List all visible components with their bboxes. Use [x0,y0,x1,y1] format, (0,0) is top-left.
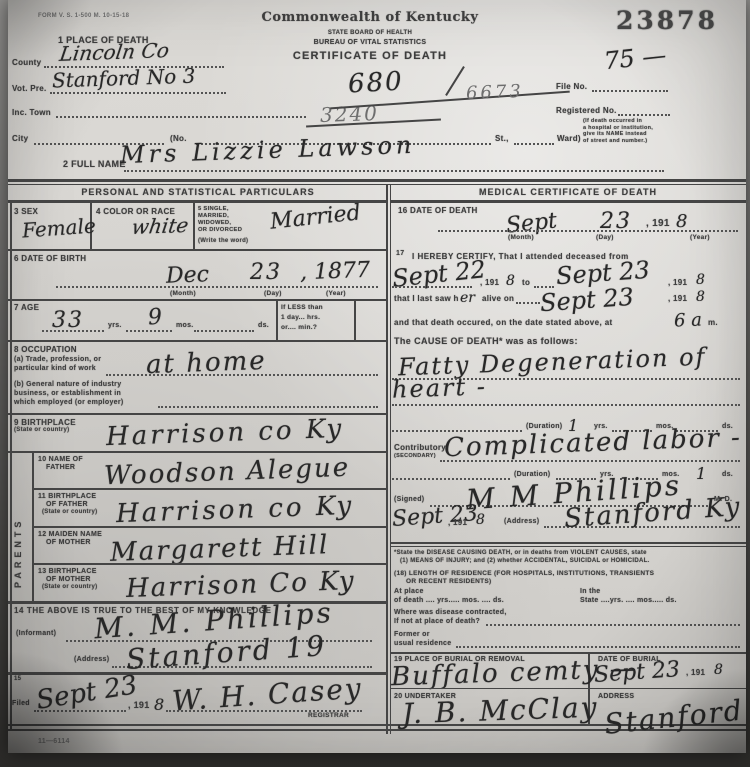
occupation-b-line: which employed (or employer) [14,399,124,407]
state-or-country-note: (State or country) [14,427,69,434]
burial-year-digit: 8 [714,662,723,678]
footnote-line: *State the DISEASE CAUSING DEATH, or in … [394,550,647,557]
state-or-country-note: (State or country) [42,509,97,516]
last-saw-her-hand: er [460,290,475,306]
county-label: County [12,58,41,68]
signed-address-label: (Address) [504,518,539,526]
street-label: St., [495,134,509,144]
to-year-printed: , 191 [668,278,687,288]
signed-label: (Signed) [394,496,424,504]
alive-on-label: alive on [482,294,514,304]
divider [8,179,746,182]
certificate-title: CERTIFICATE OF DEATH [258,50,482,63]
full-name-label: 2 FULL NAME [63,159,126,170]
sex-label: 3 SEX [14,207,38,217]
age-months-value: 9 [147,305,163,331]
age-sub-line: If LESS than [281,304,323,312]
stamp-number-main: 680 [347,67,404,100]
full-name-value: Mrs Lizzie Lawson [120,131,416,169]
in-state-fields: State ....yrs. .... mos..... ds. [580,597,677,605]
dotted-line [618,114,670,116]
file-no-label: File No. [556,82,587,92]
at-place-label: At place [394,588,424,596]
filed-item-number: 15 [14,676,21,683]
dotted-line [126,330,172,332]
state-or-country-note: (State or country) [42,584,97,591]
death-hour-m-label: m. [708,318,718,328]
dotted-line [56,116,306,118]
dotted-line [516,302,540,304]
dotted-line [486,624,740,626]
dotted-line [158,406,378,408]
file-no-value: 75 — [603,41,668,75]
occupation-a-line: particular kind of work [14,365,96,373]
at-place-fields: of death .... yrs..... mos. .... ds. [394,597,504,605]
disease-contracted-label-line2: If not at place of death? [394,618,480,626]
city-label: City [12,134,28,144]
to-year-digit: 8 [696,272,705,288]
filed-year-digit: 8 [154,695,164,714]
divider [8,340,386,342]
filed-date-value: Sept 23 [34,670,139,716]
divider [32,563,386,565]
ward-label: Ward) [557,134,581,144]
form-code: FORM V. S. 1-500 M. 10-15-18 [38,13,129,20]
former-residence-label-line2: usual residence [394,640,451,648]
occupation-b-line: (b) General nature of industry [14,381,121,389]
voting-precinct-label: Vot. Pre. [12,84,47,94]
divider [32,488,386,490]
column-divider [386,184,388,734]
divider [8,184,746,185]
marital-value: Married [269,200,362,234]
signed-year-printed: , 191 [448,518,467,528]
occupation-a-line: (a) Trade, profession, or [14,356,101,364]
secondary-caption: (SECONDARY) [394,453,436,460]
contributory-value: Complicated labor - [444,423,743,463]
bureau-line: BUREAU OF VITAL STATISTICS [258,39,482,47]
yrs-caption: yrs. [108,322,122,330]
cause-of-death-line2: heart - [392,372,488,403]
certificate-document: FORM V. S. 1-500 M. 10-15-18 23878 Commo… [8,0,746,753]
dotted-line [124,170,664,172]
undertaker-address-label: ADDRESS [598,693,634,701]
former-residence-label: Former or [394,631,430,639]
occupation-label: 8 OCCUPATION [14,345,77,355]
cell-divider [276,301,278,340]
filed-label: Filed [12,700,30,708]
divider [8,299,386,301]
dotted-line [456,646,740,648]
age-sub-line: or.... min.? [281,324,317,332]
commonwealth-title: Commonwealth of Kentucky [258,10,482,26]
date-of-death-year-digit: 8 [676,211,687,232]
registered-no-label: Registered No. [556,106,617,116]
ds-caption: ds. [258,322,269,330]
dotted-line [514,143,554,145]
from-year-digit: 8 [506,273,515,289]
marital-label-line: WIDOWED, [198,220,242,227]
state-board-line: STATE BOARD OF HEALTH [258,30,482,37]
marital-label: 5 SINGLE, MARRIED, WIDOWED, OR DIVORCED [198,206,242,234]
dotted-line [592,90,668,92]
disease-contracted-label: Where was disease contracted, [394,609,507,617]
mother-name-label-line2: OF MOTHER [46,539,91,547]
registered-note-line: (If death occurred in [583,118,675,125]
informant-address-label: (Address) [74,656,109,664]
dob-label: 6 DATE OF BIRTH [14,254,86,264]
marital-label-line: MARRIED, [198,213,242,220]
duration2-days-value: 1 [696,464,706,483]
divider [32,526,386,528]
burial-year-printed: , 191 [686,668,705,678]
registered-note-line: give its NAME instead [583,131,675,138]
registered-note: (If death occurred in a hospital or inst… [583,118,675,144]
divider [390,200,746,203]
informant-label: (Informant) [16,630,56,638]
day-caption: (Day) [596,234,614,242]
filed-year-printed: , 191 [128,700,150,711]
dob-day-value: 23 [250,260,282,285]
undertaker-value: J. B. McClay [401,691,599,731]
date-of-death-year-printed: , 191 [646,218,670,230]
signed-year-digit: 8 [476,512,485,528]
certify-item-number: 17 [396,250,404,258]
dotted-line [392,286,472,288]
divider [390,688,746,689]
marital-label-line: 5 SINGLE, [198,206,242,213]
month-caption: (Month) [170,290,196,298]
father-name-label-line2: FATHER [46,464,75,472]
month-caption: (Month) [508,234,534,242]
dotted-line [440,460,740,462]
dotted-line [392,478,510,480]
father-birthplace-value: Harrison co Ky [116,491,355,529]
footnote-line: (1) MEANS OF INJURY; and (2) whether ACC… [400,558,650,565]
dotted-line [50,92,226,94]
birthplace-value: Harrison co Ky [106,414,345,452]
mos-caption: mos. [176,322,194,330]
occupation-b-line: business, or establishment in [14,390,121,398]
header-block: Commonwealth of Kentucky STATE BOARD OF … [258,10,482,63]
marital-note: (Write the word) [198,238,248,245]
year-caption: (Year) [326,290,346,298]
certificate-number: 23878 [616,6,718,35]
day-caption: (Day) [264,290,282,298]
dob-year-value: , 1877 [300,258,371,285]
right-section-title: MEDICAL CERTIFICATE OF DEATH [408,187,728,198]
last-saw-pre-label: that I last saw h [394,294,459,304]
death-hour-value: 6 a [674,310,703,332]
dotted-line [438,230,738,232]
scanned-death-certificate-photo: { "colors":{"background":"#5a5957","pape… [0,0,750,767]
cause-of-death-label: The CAUSE OF DEATH* was as follows: [394,336,578,347]
dotted-line [56,286,378,288]
divider [8,249,386,251]
county-value: Lincoln Co [58,38,171,66]
left-border [10,200,12,730]
divider [390,652,746,654]
death-occurred-label: and that death occured, on the date stat… [394,318,613,328]
sex-value: Female [21,213,96,242]
divider [390,546,746,547]
age-sub-line: 1 day... hrs. [281,314,320,322]
burial-date-value: Sept 23 [593,657,681,688]
ds-caption: ds. [722,471,733,479]
date-of-death-label: 16 DATE OF DEATH [398,206,478,216]
dotted-line [106,374,378,376]
residence-section-label-line2: OR RECENT RESIDENTS) [406,578,491,586]
race-value: white [130,213,190,239]
print-code: 11—6114 [38,738,70,746]
in-the-label: In the [580,588,600,596]
left-section-title: PERSONAL AND STATISTICAL PARTICULARS [28,187,368,198]
cell-divider [193,203,195,249]
registered-note-line: of street and number.) [583,138,675,145]
from-year-printed: , 191 [480,278,499,288]
slash-mark [445,66,465,96]
cell-divider [354,301,356,340]
to-label: to [522,278,530,288]
year-caption: (Year) [690,234,710,242]
dotted-line [194,330,254,332]
voting-precinct-value: Stanford No 3 [52,64,196,93]
contributory-label: Contributory [394,443,446,453]
divider [390,542,746,544]
registrar-label: REGISTRAR [308,712,349,720]
stamp-number-sub: 6673 [466,81,525,104]
last-saw-date-value: Sept 23 [539,283,635,317]
dob-month-value: Dec [166,262,210,288]
father-name-value: Woodson Alegue [104,453,351,492]
dotted-line [392,404,740,406]
age-label: 7 AGE [14,303,39,313]
last-saw-year-printed: , 191 [668,294,687,304]
dotted-line [42,330,104,332]
last-saw-year-digit: 8 [696,289,705,305]
marital-label-line: OR DIVORCED [198,227,242,234]
inc-town-label: Inc. Town [12,108,51,118]
residence-section-label: (18) LENGTH OF RESIDENCE (FOR HOSPITALS,… [394,570,654,578]
parents-label: PARENTS [13,468,24,588]
